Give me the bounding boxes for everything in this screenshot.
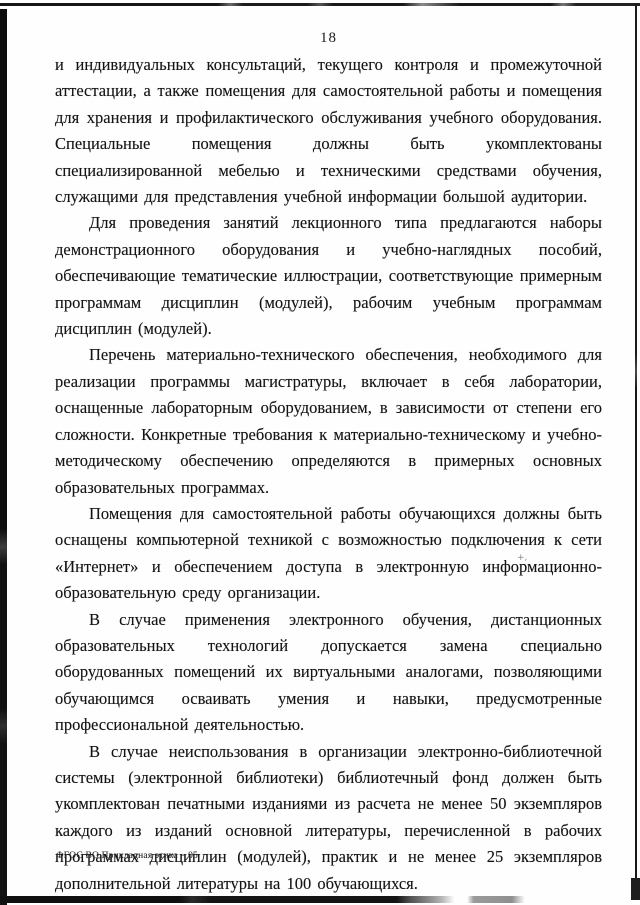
document-body: и индивидуальных консультаций, текущего … xyxy=(55,52,602,897)
paragraph: В случае неиспользования в организации э… xyxy=(55,739,602,897)
scan-border-left xyxy=(0,9,7,905)
scan-border-right xyxy=(635,4,637,878)
scan-border-top xyxy=(0,3,640,6)
paragraph: В случае применения электронного обучени… xyxy=(55,607,602,739)
scan-border-bottom xyxy=(0,896,640,903)
scan-speck-artifact: +, xyxy=(517,553,527,563)
paragraph: Перечень материально-технического обеспе… xyxy=(55,342,602,500)
paragraph-continuation: и индивидуальных консультаций, текущего … xyxy=(55,52,602,210)
page-number: 18 xyxy=(55,30,602,47)
scanned-document-page: 18 и индивидуальных консультаций, текуще… xyxy=(0,0,640,905)
document-footer-code: ФГОС ВО Прикладная этика – 05 xyxy=(56,851,198,861)
paragraph: Для проведения занятий лекционного типа … xyxy=(55,210,602,342)
